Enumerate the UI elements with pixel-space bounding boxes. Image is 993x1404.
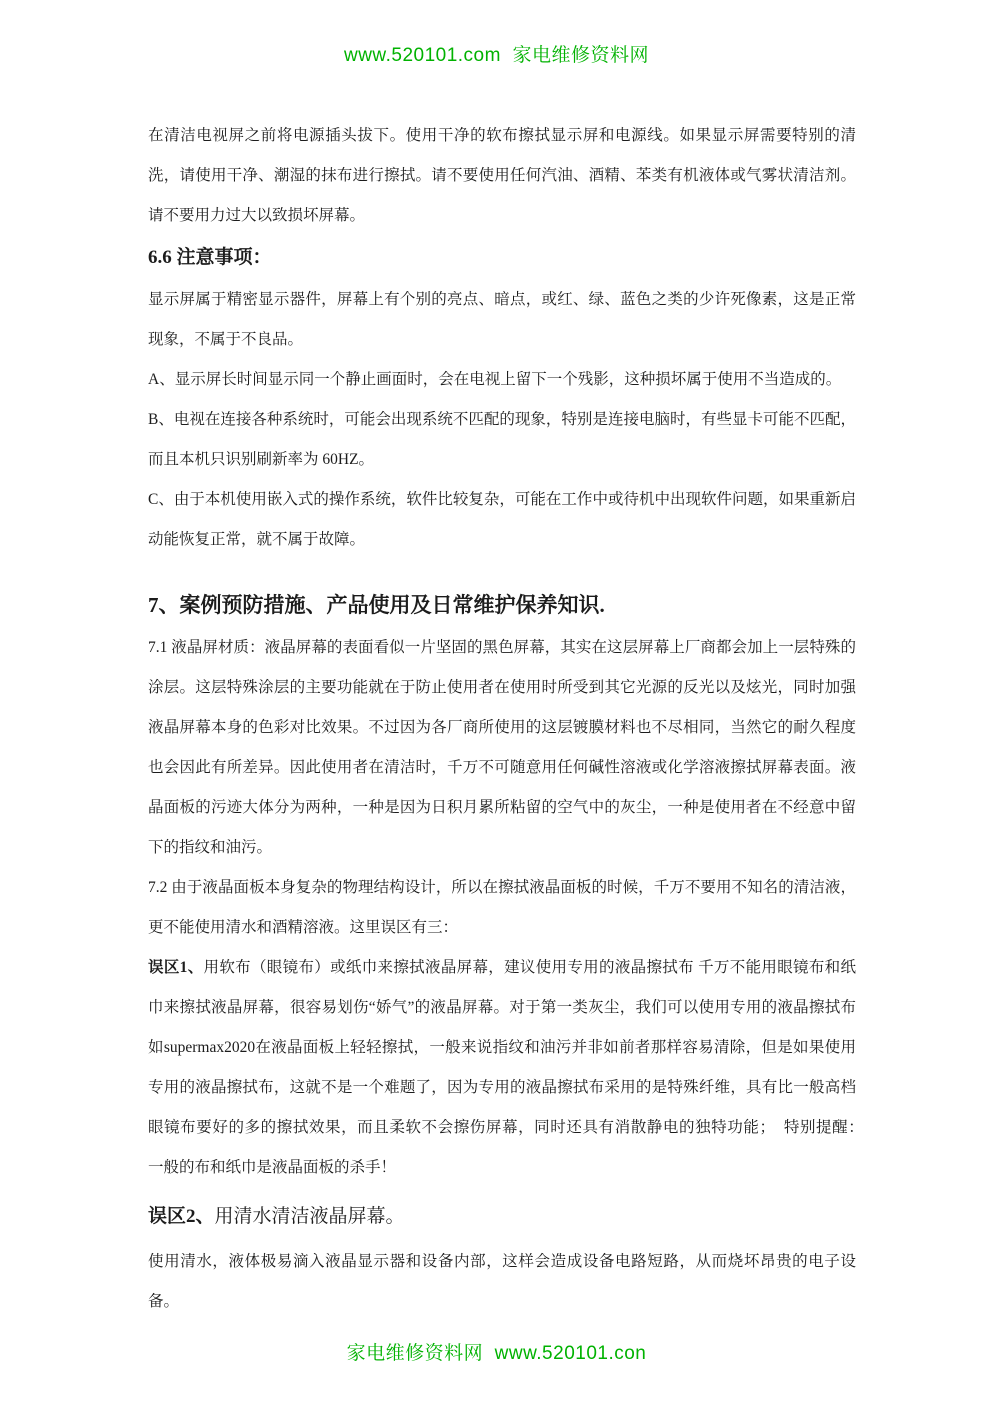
misconception-2-title-text: 用清水清洁液晶屏幕。 xyxy=(215,1206,405,1227)
paragraph-water-warning: 使用清水，液体极易滴入液晶显示器和设备内部，这样会造成设备电路短路，从而烧坏昂贵… xyxy=(148,1242,856,1322)
misconception-2-label: 误区2、 xyxy=(148,1206,215,1227)
paragraph-item-b: B、电视在连接各种系统时，可能会出现系统不匹配的现象，特别是连接电脑时，有些显卡… xyxy=(148,400,856,480)
misconception-1-label: 误区1、 xyxy=(148,959,204,976)
paragraph-7-2-panel-structure: 7.2 由于液晶面板本身复杂的物理结构设计，所以在擦拭液晶面板的时候，千万不要用… xyxy=(148,868,856,948)
paragraph-cleaning-instructions: 在清洁电视屏之前将电源插头拔下。使用干净的软布擦拭显示屏和电源线。如果显示屏需要… xyxy=(148,116,856,236)
page-header-watermark: www.520101.com 家电维修资料网 xyxy=(0,40,993,67)
document-body: 在清洁电视屏之前将电源插头拔下。使用干净的软布擦拭显示屏和电源线。如果显示屏需要… xyxy=(148,116,856,1322)
paragraph-item-c: C、由于本机使用嵌入式的操作系统，软件比较复杂，可能在工作中或待机中出现软件问题… xyxy=(148,480,856,560)
paragraph-dead-pixel-notice: 显示屏属于精密显示器件，屏幕上有个别的亮点、暗点，或红、绿、蓝色之类的少许死像素… xyxy=(148,280,856,360)
heading-chapter-7: 7、案例预防措施、产品使用及日常维护保养知识. xyxy=(148,582,856,628)
heading-misconception-2: 误区2、用清水清洁液晶屏幕。 xyxy=(148,1192,856,1242)
paragraph-7-1-lcd-material: 7.1 液晶屏材质：液晶屏幕的表面看似一片坚固的黑色屏幕，其实在这层屏幕上厂商都… xyxy=(148,628,856,868)
paragraph-item-a: A、显示屏长时间显示同一个静止画面时，会在电视上留下一个残影，这种损坏属于使用不… xyxy=(148,360,856,400)
heading-section-6-6: 6.6 注意事项： xyxy=(148,236,856,280)
misconception-1-text: 用软布（眼镜布）或纸巾来擦拭液晶屏幕，建议使用专用的液晶擦拭布 千万不能用眼镜布… xyxy=(148,959,872,1176)
paragraph-misconception-1: 误区1、用软布（眼镜布）或纸巾来擦拭液晶屏幕，建议使用专用的液晶擦拭布 千万不能… xyxy=(148,948,856,1188)
page-footer-watermark: 家电维修资料网 www.520101.con xyxy=(0,1338,993,1365)
